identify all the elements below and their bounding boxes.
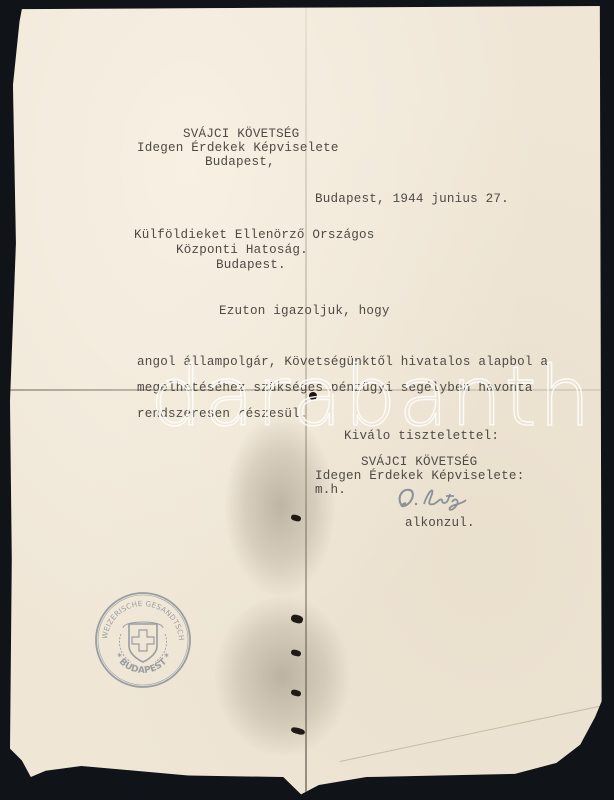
handwritten-signature-icon xyxy=(394,482,474,514)
water-stain xyxy=(215,596,350,756)
recipient-line-1: Külföldieket Ellenörző Országos xyxy=(134,228,374,243)
letterhead-line-1: SVÁJCI KÖVETSÉG xyxy=(183,127,299,142)
letterhead-line-3: Budapest, xyxy=(205,155,275,170)
date-line: Budapest, 1944 junius 27. xyxy=(315,192,509,207)
watermark: darabanth xyxy=(150,350,593,445)
svg-text:* BUDAPEST *: * BUDAPEST * xyxy=(112,652,174,676)
signature-org-line-1: SVÁJCI KÖVETSÉG xyxy=(361,455,477,470)
salutation: Ezuton igazoljuk, hogy xyxy=(219,304,390,319)
letterhead-line-2: Idegen Érdekek Képviselete xyxy=(137,141,339,156)
signatory-title: alkonzul. xyxy=(405,516,475,531)
embassy-stamp-icon: SCHWEIZERISCHE GESANDTSCHAFT * BUDAPEST … xyxy=(93,590,193,690)
recipient-line-3: Budapest. xyxy=(216,258,286,273)
recipient-line-2: Központi Hatoság. xyxy=(176,243,308,258)
diagonal-crease xyxy=(340,701,614,762)
signature-mh: m.h. xyxy=(315,483,346,498)
scanned-document: SVÁJCI KÖVETSÉG Idegen Érdekek Képvisele… xyxy=(0,0,614,800)
